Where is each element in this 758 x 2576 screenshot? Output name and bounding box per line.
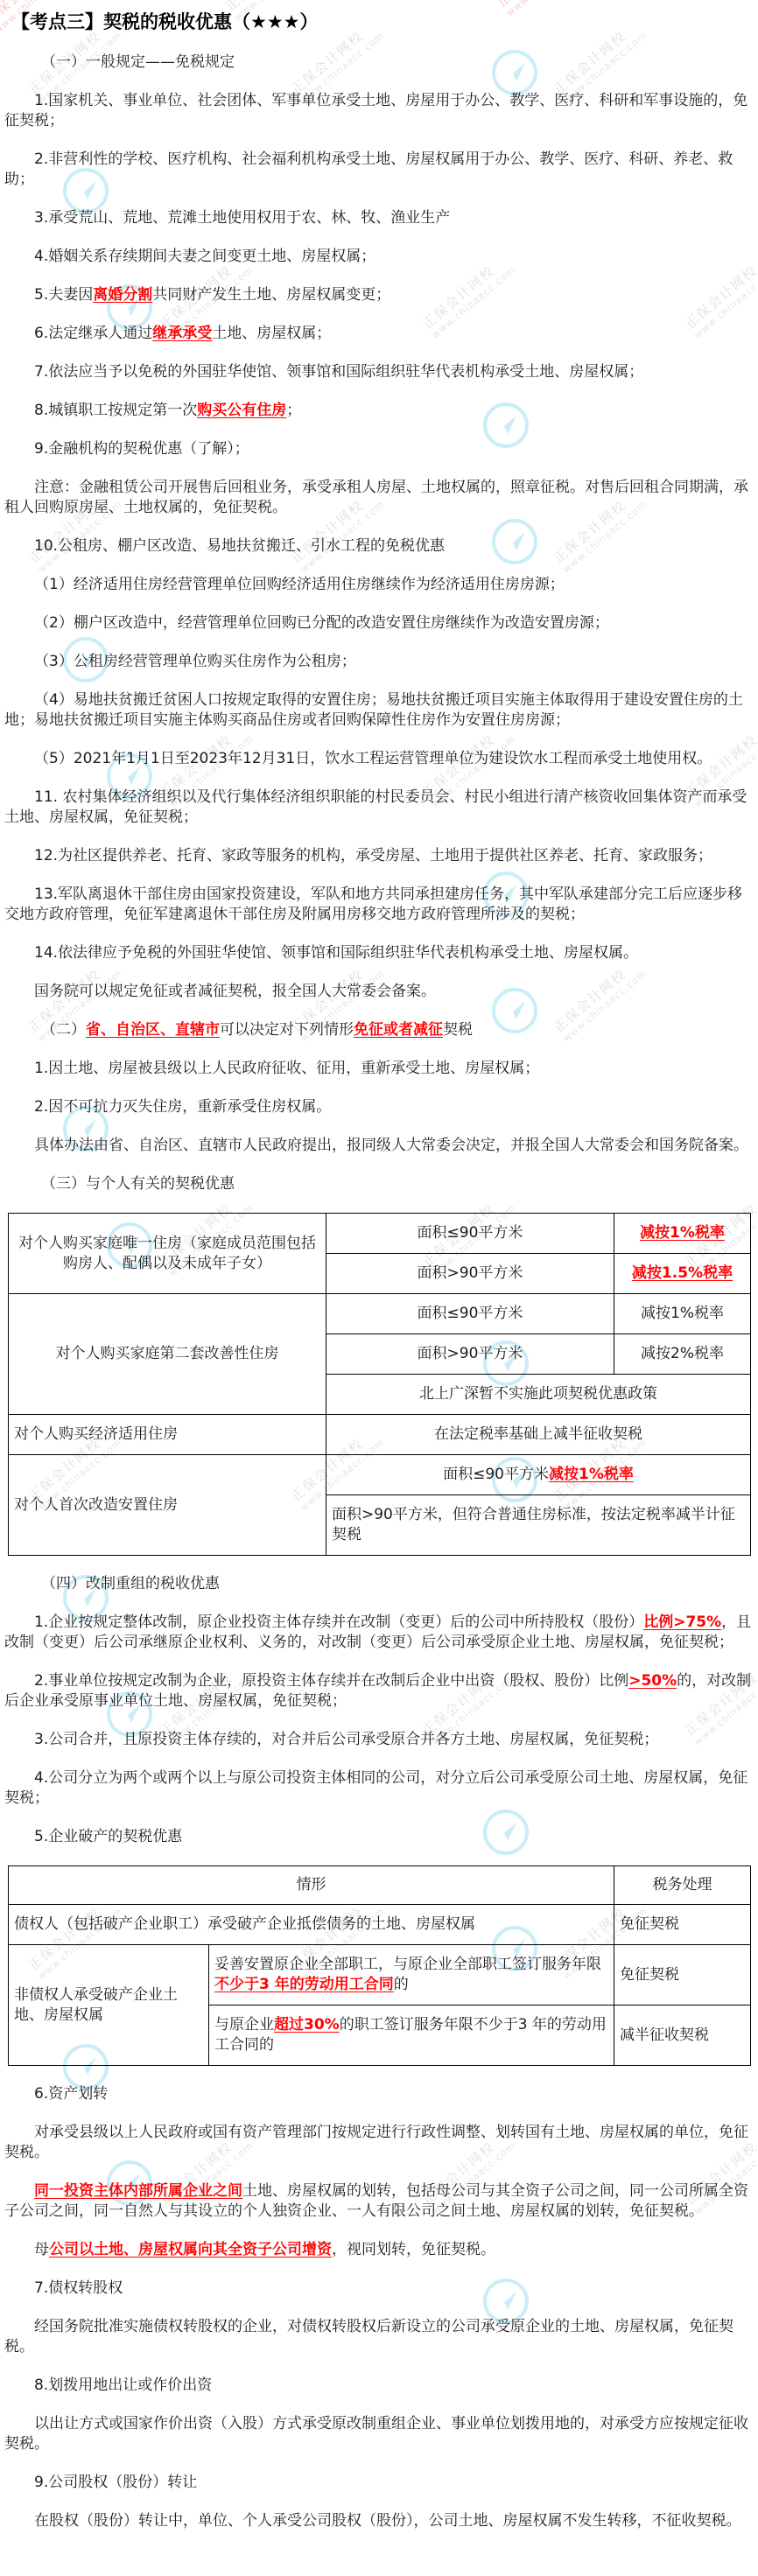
- cell-treatment: 免征契税: [614, 1905, 751, 1945]
- s1-item-10-3: （3）公租房经营管理单位购买住房作为公租房；: [4, 652, 754, 672]
- s2-item-1: 1.因土地、房屋被县级以上人民政府征收、征用，重新承受土地、房屋权属；: [4, 1059, 754, 1079]
- s1-item-10-1: （1）经济适用住房经营管理单位回购经济适用住房继续作为经济适用住房房源；: [4, 575, 754, 595]
- table-row: 情形 税务处理: [9, 1866, 751, 1905]
- page-title: 【考点三】契税的税收优惠（★★★）: [4, 10, 754, 33]
- s4-allocated-land-rule: 以出让方式或国家作价出资（入股）方式承受原改制重组企业、事业单位划拨用地的，对承…: [4, 2414, 754, 2454]
- s4-item-4: 4.公司分立为两个或两个以上与原公司投资主体相同的公司，对分立后公司承受原公司土…: [4, 1768, 754, 1809]
- text-segment: 契税: [443, 1021, 473, 1039]
- highlight-ratio-75pct: 比例>75%: [643, 1613, 721, 1631]
- section-2-heading: （二）省、自治区、直辖市可以决定对下列情形免征或者减征契税: [4, 1020, 754, 1040]
- s1-item-2: 2.非营利性的学校、医疗机构、社会福利机构承受土地、房屋权属用于办公、教学、医疗…: [4, 150, 754, 190]
- table-row: 债权人（包括破产企业职工）承受破产企业抵偿债务的土地、房屋权属 免征契税: [9, 1905, 751, 1945]
- s1-note: 注意：金融租赁公司开展售后回租业务，承受承租人房屋、土地权属的，照章征税。对售后…: [4, 478, 754, 518]
- cell-rate: 减按1%税率: [614, 1294, 751, 1334]
- s4-share-transfer-rule: 在股权（股份）转让中，单位、个人承受公司股权（股份），公司土地、房屋权属不发生转…: [4, 2511, 754, 2531]
- cell-full-staff-condition: 妥善安置原企业全部职工，与原企业全部职工签订服务年限不少于3 年的劳动用工合同的: [209, 1945, 614, 2005]
- text-segment: ；: [286, 402, 301, 419]
- s4-item-8: 8.划拨用地出让或作价出资: [4, 2376, 754, 2396]
- table-row: 对个人首次改造安置住房 面积≤90平方米减按1%税率: [9, 1455, 751, 1495]
- header-tax-treatment: 税务处理: [614, 1866, 751, 1905]
- highlight-same-investor: 同一投资主体内部所属企业之间: [34, 2182, 242, 2200]
- section-3-heading: （三）与个人有关的契税优惠: [4, 1174, 754, 1194]
- s1-item-10: 10.公租房、棚户区改造、易地扶贫搬迁、引水工程的免税优惠: [4, 536, 754, 556]
- s1-item-14: 14.依法律应予免税的外国驻华使馆、领事馆和国际组织驻华代表机构承受土地、房屋权…: [4, 943, 754, 963]
- table-row: 对个人购买家庭唯一住房（家庭成员范围包括购房人、配偶以及未成年子女） 面积≤90…: [9, 1214, 751, 1254]
- text-segment: 母: [34, 2241, 49, 2258]
- s1-item-10-5: （5）2021年1月1日至2023年12月31日，饮水工程运营管理单位为建设饮水…: [4, 749, 754, 769]
- cell-renovation-small-area: 面积≤90平方米减按1%税率: [326, 1455, 751, 1495]
- s1-item-12: 12.为社区提供养老、托育、家政等服务的机构，承受房屋、土地用于提供社区养老、托…: [4, 846, 754, 866]
- highlight-rate-1-5pct: 减按1.5%税率: [632, 1264, 733, 1282]
- s1-item-5: 5.夫妻因离婚分割共同财产发生土地、房屋权属变更；: [4, 285, 754, 305]
- table-row: 对个人购买家庭第二套改善性住房 面积≤90平方米 减按1%税率: [9, 1294, 751, 1334]
- s4-item-7: 7.债权转股权: [4, 2278, 754, 2299]
- s4-item-2: 2.事业单位按规定改制为企业，原投资主体存续并在改制后企业中出资（股权、股份）比…: [4, 1671, 754, 1711]
- cell-area-condition: 面积≤90平方米: [326, 1214, 614, 1254]
- text-segment: 8.城镇职工按规定第一次: [34, 402, 197, 419]
- s2-closing: 具体办法由省、自治区、直辖市人民政府提出，报同级人大常委会决定，并报全国人大常委…: [4, 1136, 754, 1156]
- cell-only-family-home: 对个人购买家庭唯一住房（家庭成员范围包括购房人、配偶以及未成年子女）: [9, 1214, 326, 1294]
- cell-half-rate-rule: 在法定税率基础上减半征收契税: [326, 1415, 751, 1455]
- text-segment: 5.夫妻因: [34, 286, 93, 304]
- text-segment: 6.法定继承人通过: [34, 325, 152, 342]
- highlight-3yr-contract: 不少于3 年的劳动用工合同: [214, 1976, 394, 1993]
- cell-rate: 减按2%税率: [614, 1334, 751, 1375]
- highlight-public-housing: 购买公有住房: [197, 402, 286, 419]
- text-segment: 土地、房屋权属；: [212, 325, 331, 342]
- cell-first-renovation-housing: 对个人首次改造安置住房: [9, 1455, 326, 1556]
- cell-creditor-case: 债权人（包括破产企业职工）承受破产企业抵偿债务的土地、房屋权属: [9, 1905, 614, 1945]
- s4-item-9: 9.公司股权（股份）转让: [4, 2473, 754, 2493]
- section-1-heading: （一）一般规定——免税规定: [4, 52, 754, 73]
- s1-item-1: 1.国家机关、事业单位、社会团体、军事单位承受土地、房屋用于办公、教学、医疗、科…: [4, 91, 754, 131]
- text-segment: 可以决定对下列情形: [220, 1021, 354, 1039]
- cell-30pct-staff-condition: 与原企业超过30%的职工签订服务年限不少于3 年的劳动用工合同的: [209, 2005, 614, 2066]
- cell-area-condition: 面积≤90平方米: [326, 1294, 614, 1334]
- highlight-exempt-or-reduce: 免征或者减征: [354, 1021, 443, 1039]
- s1-item-13: 13.军队离退休干部住房由国家投资建设，军队和地方共同承担建房任务，其中军队承建…: [4, 885, 754, 925]
- table-row: 非债权人承受破产企业土地、房屋权属 妥善安置原企业全部职工，与原企业全部职工签订…: [9, 1945, 751, 2005]
- highlight-provinces: 省、自治区、直辖市: [86, 1021, 220, 1039]
- personal-housing-table: 对个人购买家庭唯一住房（家庭成员范围包括购房人、配偶以及未成年子女） 面积≤90…: [8, 1213, 751, 1556]
- cell-treatment: 减半征收契税: [614, 2005, 751, 2066]
- s4-item-1: 1.企业按规定整体改制，原企业投资主体存续并在改制（变更）后的公司中所持股权（股…: [4, 1613, 754, 1653]
- cell-rate: 减按1%税率: [614, 1214, 751, 1254]
- highlight-rate-1pct: 减按1%税率: [549, 1466, 634, 1483]
- s1-item-10-4: （4）易地扶贫搬迁贫困人口按规定取得的安置住房；易地扶贫搬迁项目实施主体取得用于…: [4, 690, 754, 731]
- text-segment: 1.企业按规定整体改制，原企业投资主体存续并在改制（变更）后的公司中所持股权（股…: [34, 1613, 643, 1631]
- highlight-ratio-50pct: >50%: [628, 1672, 677, 1690]
- text-segment: 2.事业单位按规定改制为企业，原投资主体存续并在改制后企业中出资（股权、股份）比…: [34, 1672, 628, 1690]
- s1-item-9: 9.金融机构的契税优惠（了解）；: [4, 439, 754, 459]
- s1-item-10-2: （2）棚户区改造中，经营管理单位回购已分配的改造安置住房继续作为改造安置房源；: [4, 613, 754, 633]
- cell-rate: 减按1.5%税率: [614, 1254, 751, 1294]
- s1-item-8: 8.城镇职工按规定第一次购买公有住房；: [4, 401, 754, 421]
- table-row: 对个人购买经济适用住房 在法定税率基础上减半征收契税: [9, 1415, 751, 1455]
- cell-second-home: 对个人购买家庭第二套改善性住房: [9, 1294, 326, 1415]
- cell-city-exception-note: 北上广深暂不实施此项契税优惠政策: [326, 1375, 751, 1415]
- s4-asset-transfer-rule: 对承受县级以上人民政府或国有资产管理部门按规定进行行政性调整、划转国有土地、房屋…: [4, 2123, 754, 2163]
- text-segment: （二）: [41, 1021, 86, 1039]
- highlight-inheritance: 继承承受: [152, 325, 212, 342]
- text-segment: 共同财产发生土地、房屋权属变更；: [152, 286, 390, 304]
- text-segment: 的: [394, 1976, 409, 1993]
- s4-debt-to-equity-rule: 经国务院批准实施债权转股权的企业，对债权转股权后新设立的公司承受原企业的土地、房…: [4, 2317, 754, 2357]
- cell-affordable-housing: 对个人购买经济适用住房: [9, 1415, 326, 1455]
- cell-area-condition: 面积>90平方米: [326, 1334, 614, 1375]
- document-page: 正保会计网校www.chinaacc.com正保会计网校www.chinaacc…: [0, 0, 758, 2576]
- cell-renovation-large-area: 面积>90平方米，但符合普通住房标准，按法定税率减半计征契税: [326, 1495, 751, 1556]
- s4-item-6: 6.资产划转: [4, 2084, 754, 2104]
- s4-parent-capital-rule: 母公司以土地、房屋权属向其全资子公司增资，视同划转，免征契税。: [4, 2240, 754, 2260]
- header-situation: 情形: [9, 1866, 614, 1905]
- s4-item-5: 5.企业破产的契税优惠: [4, 1827, 754, 1847]
- text-segment: ，视同划转，免征契税。: [332, 2241, 495, 2258]
- cell-non-creditor-group: 非债权人承受破产企业土地、房屋权属: [9, 1945, 209, 2066]
- s1-item-3: 3.承受荒山、荒地、荒滩土地使用权用于农、林、牧、渔业生产: [4, 208, 754, 228]
- highlight-capital-increase: 公司以土地、房屋权属向其全资子公司增资: [49, 2241, 332, 2258]
- cell-treatment: 免征契税: [614, 1945, 751, 2005]
- highlight-divorce-split: 离婚分割: [93, 286, 152, 304]
- highlight-over-30pct: 超过30%: [274, 2016, 340, 2033]
- s1-item-11: 11. 农村集体经济组织以及代行集体经济组织职能的村民委员会、村民小组进行清产核…: [4, 787, 754, 828]
- s4-item-3: 3.公司合并，且原投资主体存续的，对合并后公司承受原合并各方土地、房屋权属，免征…: [4, 1730, 754, 1750]
- highlight-rate-1pct: 减按1%税率: [640, 1224, 725, 1242]
- text-segment: 面积≤90平方米: [443, 1466, 549, 1483]
- section-4-heading: （四）改制重组的税收优惠: [4, 1574, 754, 1594]
- document-content: 【考点三】契税的税收优惠（★★★） （一）一般规定——免税规定 1.国家机关、事…: [0, 0, 758, 2576]
- text-segment: 妥善安置原企业全部职工，与原企业全部职工签订服务年限: [214, 1956, 601, 1973]
- cell-area-condition: 面积>90平方米: [326, 1254, 614, 1294]
- text-segment: 与原企业: [214, 2016, 274, 2033]
- s1-item-6: 6.法定继承人通过继承承受土地、房屋权属；: [4, 324, 754, 344]
- s1-closing: 国务院可以规定免征或者减征契税，报全国人大常委会备案。: [4, 982, 754, 1002]
- s4-same-investor-rule: 同一投资主体内部所属企业之间土地、房屋权属的划转，包括母公司与其全资子公司之间，…: [4, 2181, 754, 2222]
- s1-item-7: 7.依法应当予以免税的外国驻华使馆、领事馆和国际组织驻华代表机构承受土地、房屋权…: [4, 362, 754, 382]
- bankruptcy-table: 情形 税务处理 债权人（包括破产企业职工）承受破产企业抵偿债务的土地、房屋权属 …: [8, 1865, 751, 2066]
- s1-item-4: 4.婚姻关系存续期间夫妻之间变更土地、房屋权属；: [4, 247, 754, 267]
- s2-item-2: 2.因不可抗力灭失住房，重新承受住房权属。: [4, 1097, 754, 1117]
